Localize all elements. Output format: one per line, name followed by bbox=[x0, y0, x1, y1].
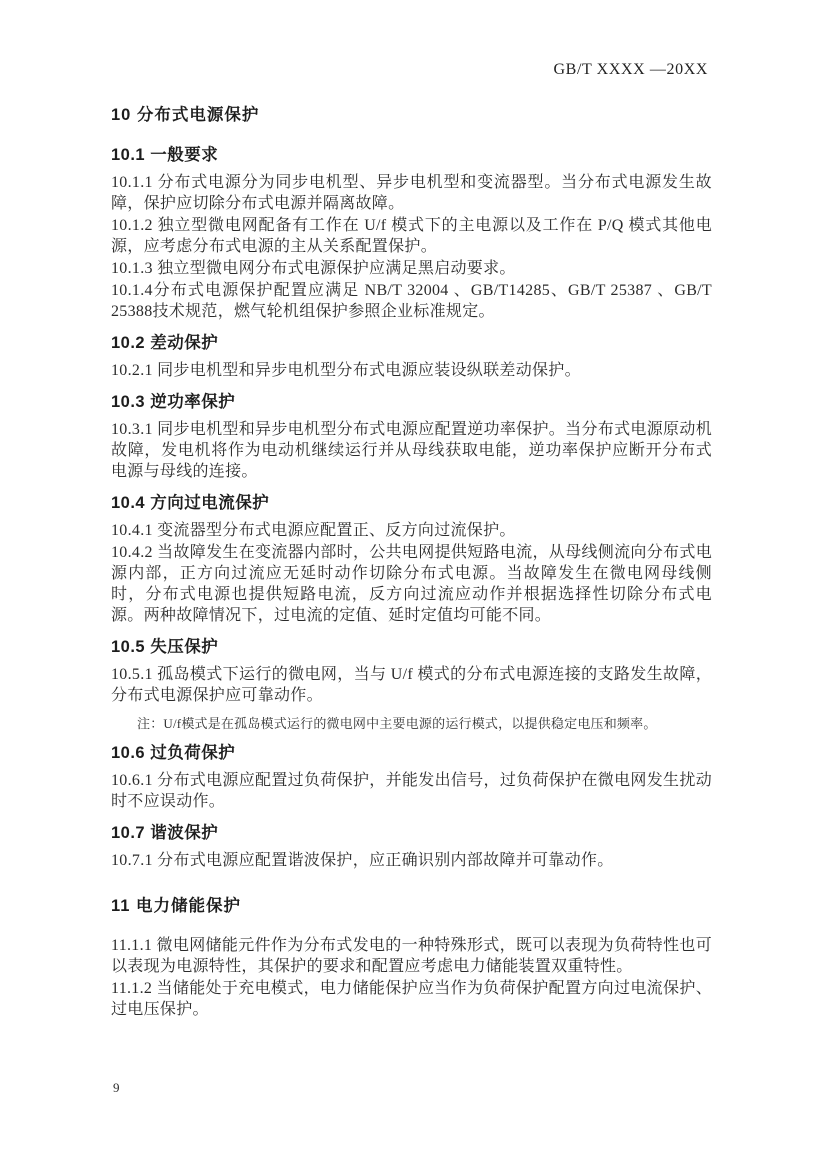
page-content: GB/T XXXX —20XX 10 分布式电源保护 10.1 一般要求 10.… bbox=[111, 60, 712, 1021]
section-heading-10: 10 分布式电源保护 bbox=[111, 104, 712, 126]
section-heading-10-7: 10.7 谐波保护 bbox=[111, 822, 712, 844]
clause-10-6-1: 10.6.1 分布式电源应配置过负荷保护，并能发出信号，过负荷保护在微电网发生扰… bbox=[111, 770, 712, 812]
clause-10-4-2: 10.4.2 当故障发生在变流器内部时，公共电网提供短路电流，从母线侧流向分布式… bbox=[111, 542, 712, 626]
clause-10-3-1: 10.3.1 同步电机型和异步电机型分布式电源应配置逆功率保护。当分布式电源原动… bbox=[111, 419, 712, 482]
clause-10-5-1: 10.5.1 孤岛模式下运行的微电网，当与 U/f 模式的分布式电源连接的支路发… bbox=[111, 664, 712, 706]
clause-10-1-1: 10.1.1 分布式电源分为同步电机型、异步电机型和变流器型。当分布式电源发生故… bbox=[111, 172, 712, 214]
page-number: 9 bbox=[113, 1080, 120, 1096]
page-header: GB/T XXXX —20XX bbox=[111, 60, 712, 80]
section-heading-10-5: 10.5 失压保护 bbox=[111, 636, 712, 658]
clause-10-4-1: 10.4.1 变流器型分布式电源应配置正、反方向过流保护。 bbox=[111, 520, 712, 541]
standard-number: GB/T XXXX —20XX bbox=[554, 61, 708, 78]
section-heading-10-4: 10.4 方向过电流保护 bbox=[111, 492, 712, 514]
clause-10-1-2: 10.1.2 独立型微电网配备有工作在 U/f 模式下的主电源以及工作在 P/Q… bbox=[111, 215, 712, 257]
section-heading-10-1: 10.1 一般要求 bbox=[111, 144, 712, 166]
document-page: GB/T XXXX —20XX 10 分布式电源保护 10.1 一般要求 10.… bbox=[0, 0, 827, 1170]
note-10-5: 注：U/f模式是在孤岛模式运行的微电网中主要电源的运行模式，以提供稳定电压和频率… bbox=[111, 715, 712, 732]
clause-10-1-4: 10.1.4分布式电源保护配置应满足 NB/T 32004 、GB/T14285… bbox=[111, 280, 712, 322]
section-heading-10-6: 10.6 过负荷保护 bbox=[111, 742, 712, 764]
clause-10-2-1: 10.2.1 同步电机型和异步电机型分布式电源应装设纵联差动保护。 bbox=[111, 360, 712, 381]
section-heading-10-3: 10.3 逆功率保护 bbox=[111, 391, 712, 413]
clause-10-7-1: 10.7.1 分布式电源应配置谐波保护，应正确识别内部故障并可靠动作。 bbox=[111, 850, 712, 871]
section-heading-10-2: 10.2 差动保护 bbox=[111, 332, 712, 354]
clause-11-1-1: 11.1.1 微电网储能元件作为分布式发电的一种特殊形式，既可以表现为负荷特性也… bbox=[111, 935, 712, 977]
section-heading-11: 11 电力储能保护 bbox=[111, 895, 712, 917]
clause-10-1-3: 10.1.3 独立型微电网分布式电源保护应满足黑启动要求。 bbox=[111, 258, 712, 279]
clause-11-1-2: 11.1.2 当储能处于充电模式，电力储能保护应当作为负荷保护配置方向过电流保护… bbox=[111, 978, 712, 1020]
